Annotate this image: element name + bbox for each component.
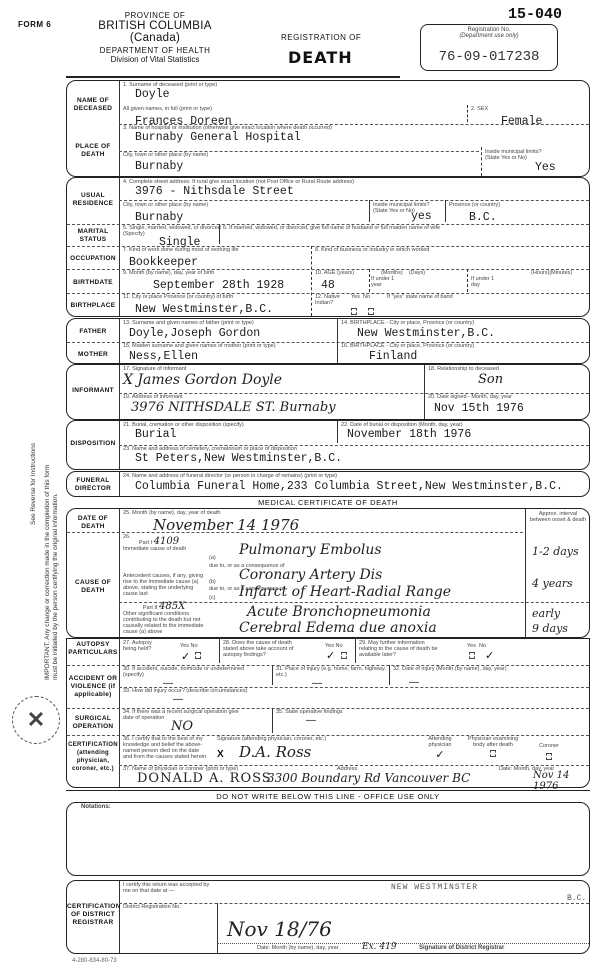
- print-code: 4-280-834-80-73: [72, 958, 117, 964]
- cause-of-death-label: CAUSE OF DEATH: [67, 579, 119, 595]
- name-of-deceased-label: NAME OF DECEASED: [67, 97, 119, 113]
- antecedent-label: Antecedent causes, if any, giving rise t…: [123, 573, 203, 597]
- punch-hole-x-icon: ✕: [12, 696, 60, 744]
- part2-interval-1: early: [532, 607, 560, 620]
- notations-box: Notations:: [66, 802, 590, 876]
- reg-no-value: 76-09-017238: [421, 49, 557, 65]
- parents-section: FATHER 13. Surname and given names of fa…: [66, 318, 590, 364]
- under-year-label: If under 1 year: [371, 276, 401, 288]
- residence-city-value: Burnaby: [135, 211, 208, 224]
- given-names-label: All given names, in full (print or type): [123, 106, 232, 112]
- informant-section: INFORMANT 17. Signature of informant X J…: [66, 364, 590, 420]
- surgical-operation-label: SURGICAL OPERATION: [67, 715, 119, 731]
- q29-yes-checkbox[interactable]: [469, 652, 475, 659]
- cause-bc-interval: 4 years: [532, 577, 573, 590]
- accident-label: ACCIDENT OR VIOLENCE (if applicable): [67, 675, 119, 699]
- district-registrar-section: CERTIFICATION OF DISTRICT REGISTRAR I ce…: [66, 880, 590, 954]
- spouse-label: 6. If married, widowed, or divorced, giv…: [223, 225, 440, 231]
- mother-name-label: 15. Maiden surname and given names of mo…: [123, 343, 276, 349]
- examining-physician-checkbox[interactable]: [490, 750, 496, 757]
- q30-label: 30. If accident, suicide, homicide or un…: [123, 666, 253, 678]
- q28-label: 28. Does the cause of death stated above…: [223, 640, 299, 658]
- residence-province-label: Province (or country): [449, 202, 500, 208]
- funeral-director-value: Columbia Funeral Home,233 Columbia Stree…: [135, 480, 563, 493]
- indian-no-checkbox[interactable]: [368, 308, 374, 315]
- usual-residence-label: USUAL RESIDENCE: [67, 192, 119, 208]
- certification-label: CERTIFICATION (attending physician, coro…: [67, 741, 119, 773]
- important-note-line1: IMPORTANT: Any change or correction made…: [44, 465, 51, 680]
- age-label: 10. AGE (years): [315, 270, 354, 276]
- death-city-value: Burnaby: [135, 160, 208, 173]
- personal-section: USUAL RESIDENCE 4. Complete street addre…: [66, 177, 590, 317]
- q27-label: 27. Autopsy being held?: [123, 640, 163, 652]
- band-label: If "yes" state name of band: [387, 294, 453, 300]
- birthplace-label: BIRTHPLACE: [67, 302, 119, 310]
- part2-line2: Cerebral Edema due anoxia: [239, 620, 437, 636]
- sex-label: 2. SEX: [471, 106, 542, 112]
- birthplace-value: New Westminster,B.C.: [135, 303, 273, 316]
- age-value: 48: [321, 279, 354, 292]
- under-day-label: If under 1 day: [471, 276, 501, 288]
- birthdate-value: September 28th 1928: [153, 279, 284, 292]
- hospital-value: Burnaby General Hospital: [135, 131, 332, 144]
- mother-birthplace-value: Finland: [369, 350, 474, 363]
- sex-value: Female: [501, 115, 542, 128]
- street-value: 3976 - Nithsdale Street: [135, 185, 354, 198]
- stamp-number: 15-040: [508, 6, 562, 23]
- q28-no-label: No: [336, 643, 343, 649]
- place-of-death-label: PLACE OF DEATH: [67, 143, 119, 159]
- autopsy-label: AUTOPSY PARTICULARS: [67, 641, 119, 657]
- q33-value: —: [173, 694, 247, 705]
- reg-no-sublabel: (Department use only): [421, 33, 557, 39]
- district-province: B.C.: [567, 894, 586, 903]
- issuer-block: PROVINCE OF BRITISH COLUMBIA (Canada) DE…: [75, 11, 235, 64]
- cause-c-value: Infarct of Heart-Radial Range: [239, 584, 451, 600]
- informant-signature: X James Gordon Doyle: [123, 372, 282, 388]
- birthplace-field-label: 11. City or place Province (or country) …: [123, 294, 273, 300]
- province-of: PROVINCE OF: [75, 11, 235, 20]
- birthdate-field-label: 9. Month (by name), day, year of birth: [123, 270, 284, 276]
- see-reverse-note: See Reverse for Instructions: [30, 443, 37, 525]
- other-conditions-label: Other significant conditions contributin…: [123, 611, 205, 635]
- cause-a-value: Pulmonary Embolus: [239, 542, 382, 558]
- coroner-checkbox[interactable]: [546, 753, 552, 760]
- division-name: Division of Vital Statistics: [75, 55, 235, 64]
- attending-physician-label: Attending physician: [422, 736, 458, 748]
- work-kind-value: Bookkeeper: [129, 256, 239, 269]
- immediate-cause-label: Immediate cause of death: [123, 546, 195, 552]
- signature-x: X: [217, 749, 224, 760]
- relationship-value: Son: [478, 372, 503, 387]
- disposition-section: DISPOSITION 21. Burial, cremation or oth…: [66, 420, 590, 470]
- cause-a-prefix: (a): [209, 555, 216, 561]
- q29-label: 29. May further information relating to …: [359, 640, 439, 658]
- father-name-value: Doyle,Joseph Gordon: [129, 327, 260, 340]
- cemetery-value: St Peters,New Westminster,B.C.: [135, 452, 342, 465]
- death-city-label: City, town or other place (by name): [123, 152, 208, 158]
- part2-interval-2: 9 days: [532, 622, 568, 635]
- funeral-director-section: FUNERAL DIRECTOR 24. Name and address of…: [66, 471, 590, 497]
- registration-of-label: REGISTRATION OF: [281, 33, 361, 42]
- birthdate-label: BIRTHDATE: [67, 279, 119, 287]
- indian-yes-label: Yes: [351, 294, 360, 300]
- medical-section: DATE OF DEATH 25. Month (by name), day, …: [66, 508, 590, 638]
- minutes-label: (Minutes): [549, 270, 572, 276]
- attending-physician-checkbox[interactable]: ✓: [422, 748, 458, 761]
- q28-no-checkbox[interactable]: [341, 652, 347, 659]
- q27-no-checkbox[interactable]: [195, 652, 201, 659]
- work-kind-label: 7. Kind of work done during most of work…: [123, 247, 239, 253]
- q35-value: —: [306, 715, 343, 726]
- funeral-director-label: FUNERAL DIRECTOR: [67, 477, 119, 493]
- cause-b-value: Coronary Artery Dis: [239, 567, 382, 583]
- indian-no-label: No: [363, 294, 370, 300]
- province-name: BRITISH COLUMBIA (Canada): [75, 20, 235, 44]
- death-inside-limits-label: Inside municipal limits? (State Yes or N…: [485, 149, 555, 161]
- q36-label: 36. I certify that to the best of my kno…: [123, 736, 209, 760]
- cause-c-prefix: (c): [209, 595, 215, 601]
- form-number: FORM 6: [18, 20, 51, 29]
- father-birthplace-label: 14. BIRTHPLACE - City or place, Province…: [341, 320, 495, 326]
- district-registrar-label: CERTIFICATION OF DISTRICT REGISTRAR: [67, 903, 119, 927]
- deceased-section: NAME OF DECEASED 1. Surname of deceased …: [66, 80, 590, 177]
- cause-b-prefix: (b): [209, 579, 216, 585]
- important-note-line2: must be initialled by the person certify…: [52, 493, 59, 680]
- days-label: (Days): [409, 270, 425, 276]
- surname-value: Doyle: [135, 88, 217, 101]
- interval-label: Approx. interval between onset & death: [529, 511, 587, 523]
- certify-accepted-label: I certify this return was accepted by me…: [123, 882, 213, 894]
- mother-birthplace-label: 16. BIRTHPLACE - City or place, Province…: [341, 343, 474, 349]
- disposition-method-value: Burial: [135, 428, 244, 441]
- disposition-date-value: November 18th 1976: [347, 428, 471, 441]
- father-label: FATHER: [67, 328, 119, 336]
- death-inside-limits-value: Yes: [535, 161, 556, 174]
- residence-inside-limits-value: yes: [411, 210, 432, 223]
- autopsy-certification-section: AUTOPSY PARTICULARS 27. Autopsy being he…: [66, 638, 590, 788]
- header-rule: [66, 76, 400, 78]
- funeral-director-field-label: 24. Name and address of funeral director…: [123, 473, 563, 479]
- hours-label: (Hours): [531, 270, 549, 276]
- q29-no-checkbox[interactable]: ✓: [485, 649, 494, 662]
- informant-date-label: 20. Date signed - Month, day, year: [428, 394, 524, 400]
- disposition-label: DISPOSITION: [67, 440, 119, 448]
- residence-city-label: City, town or other place (by name): [123, 202, 208, 208]
- examining-physician-label: Physician examining body after death: [465, 736, 521, 748]
- industry-label: 8. Kind of business or industry in which…: [315, 247, 429, 253]
- physician-address: 3300 Boundary Rd Vancouver BC: [267, 771, 470, 785]
- native-indian-label: 12. Native Indian?: [315, 294, 345, 306]
- informant-date-value: Nov 15th 1976: [434, 402, 524, 415]
- part2-line1: Acute Bronchopneumonia: [247, 604, 431, 620]
- date-of-death-label: DATE OF DEATH: [67, 515, 119, 531]
- registrar-date-handwritten: Nov 18/76: [227, 917, 332, 941]
- physician-signature: D.A. Ross: [239, 743, 311, 761]
- q27-no-label: No: [191, 643, 198, 649]
- office-use-divider: DO NOT WRITE BELOW THIS LINE - OFFICE US…: [66, 790, 590, 801]
- district-name: NEW WESTMINSTER: [391, 883, 478, 892]
- registrar-date-label: Date: Month (by name), day, year: [257, 945, 339, 951]
- residence-province-value: B.C.: [469, 211, 500, 224]
- informant-address: 3976 NITHSDALE ST. Burnaby: [131, 400, 336, 415]
- physician-signature-label: Signature (attending physician, coroner,…: [217, 736, 326, 742]
- mother-name-value: Ness,Ellen: [129, 350, 276, 363]
- form-title: DEATH: [288, 48, 353, 67]
- occupation-label: OCCUPATION: [67, 255, 119, 263]
- notations-label: Notations:: [81, 804, 111, 810]
- coroner-label: Coroner: [529, 743, 569, 749]
- q33-label: 33. How did injury occur? (describe circ…: [123, 688, 247, 694]
- medical-certificate-title: MEDICAL CERTIFICATE OF DEATH: [66, 498, 590, 507]
- informant-label: INFORMANT: [67, 387, 119, 395]
- cause-a-interval: 1-2 days: [532, 545, 579, 558]
- indian-yes-checkbox[interactable]: [351, 308, 357, 315]
- physician-name: DONALD A. ROSS: [137, 771, 272, 786]
- q27-yes-label: Yes: [180, 643, 189, 649]
- registrar-initials: Ex. 419: [362, 942, 397, 952]
- father-birthplace-value: New Westminster,B.C.: [357, 327, 495, 340]
- certification-date: Nov 14 1976: [533, 770, 589, 792]
- marital-status-label: MARITAL STATUS: [67, 228, 119, 244]
- q29-yes-label: Yes: [467, 643, 476, 649]
- q31-label: 31. Place of injury (e.g. home, farm, hi…: [276, 666, 386, 678]
- q28-yes-checkbox[interactable]: ✓: [326, 649, 335, 662]
- registrar-signature-label: Signature of District Registrar: [419, 945, 504, 951]
- registration-number-box: Registration No. (Department use only) 7…: [420, 24, 558, 71]
- q27-yes-checkbox[interactable]: ✓: [181, 650, 190, 663]
- q32-label: 32. Date of injury (Month (by name), day…: [393, 666, 507, 672]
- q34-value: NO: [171, 719, 193, 734]
- department-name: DEPARTMENT OF HEALTH: [75, 46, 235, 55]
- mother-label: MOTHER: [67, 351, 119, 359]
- district-registration-no-label: District Registration No.: [123, 904, 181, 910]
- father-name-label: 13. Surname and given names of father (p…: [123, 320, 260, 326]
